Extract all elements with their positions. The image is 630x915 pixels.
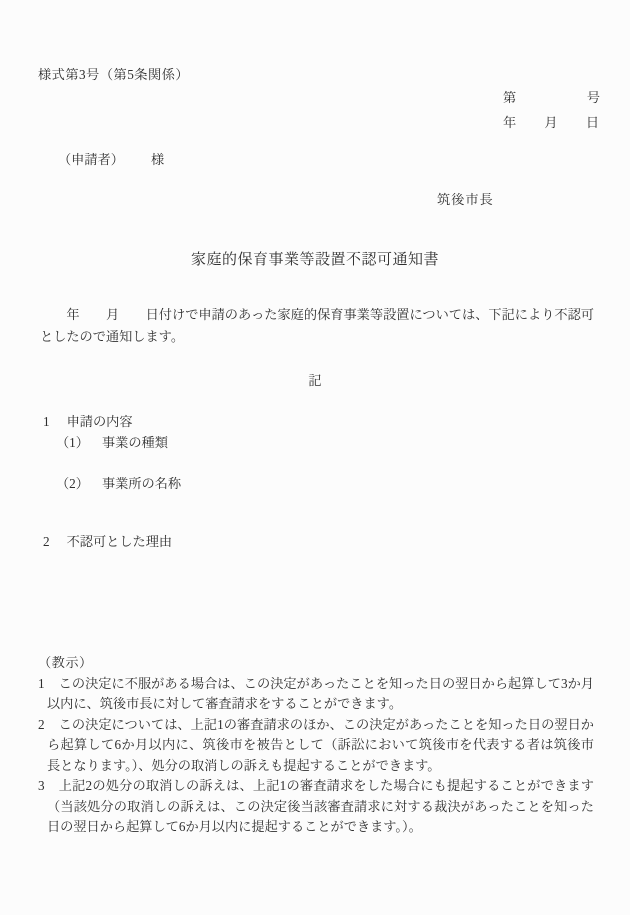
section-2-heading: 2 不認可とした理由 — [43, 532, 172, 552]
document-page: 様式第3号（第5条関係） 第 号 年 月 日 （申請者） 様 筑後市長 家庭的保… — [0, 0, 630, 915]
section-2-label: 不認可とした理由 — [67, 532, 173, 552]
note-1-text: この決定に不服がある場合は、この決定があったことを知った日の翌日から起算して3か… — [47, 676, 594, 712]
doc-number-suffix: 号 — [587, 88, 600, 108]
date-month-label: 月 — [544, 113, 557, 133]
subsection-1-heading: （1） 事業の種類 — [56, 433, 168, 453]
note-item-1: 1この決定に不服がある場合は、この決定があったことを知った日の翌日から起算して3… — [38, 674, 594, 715]
document-number-line: 第 号 — [503, 88, 600, 108]
honorific-label: 様 — [151, 150, 164, 170]
form-number: 様式第3号（第5条関係） — [38, 65, 189, 85]
note-2-text: この決定については、上記1の審査請求のほか、この決定があったことを知った日の翌日… — [47, 717, 594, 773]
notes-heading: （教示） — [38, 653, 594, 674]
note-3-number: 3 — [38, 778, 45, 793]
note-2-number: 2 — [38, 717, 45, 732]
note-1-number: 1 — [38, 676, 45, 691]
subsection-1-label: 事業の種類 — [102, 433, 168, 453]
body-paragraph: 年 月 日付けで申請のあった家庭的保育事業等設置については、下記により不認可とし… — [40, 304, 594, 347]
notes-section: （教示） 1この決定に不服がある場合は、この決定があったことを知った日の翌日から… — [38, 653, 594, 838]
subsection-1-number: （1） — [56, 433, 89, 453]
date-line: 年 月 日 — [503, 113, 599, 133]
doc-number-prefix: 第 — [503, 88, 516, 108]
subsection-2-number: （2） — [56, 474, 89, 494]
section-1-number: 1 — [43, 412, 50, 432]
date-year-label: 年 — [503, 113, 516, 133]
note-3-text: 上記2の処分の取消しの訴えは、上記1の審査請求をした場合にも提起することができま… — [47, 778, 594, 834]
note-item-2: 2この決定については、上記1の審査請求のほか、この決定があったことを知った日の翌… — [38, 715, 594, 777]
addressee-line: （申請者） 様 — [58, 150, 164, 170]
note-item-3: 3上記2の処分の取消しの訴えは、上記1の審査請求をした場合にも提起することができ… — [38, 776, 594, 838]
document-title: 家庭的保育事業等設置不認可通知書 — [0, 249, 630, 272]
sender-name: 筑後市長 — [437, 190, 494, 210]
section-2-number: 2 — [43, 532, 50, 552]
section-1-label: 申請の内容 — [67, 412, 133, 432]
ki-heading: 記 — [0, 371, 630, 391]
subsection-2-label: 事業所の名称 — [102, 474, 181, 494]
date-day-label: 日 — [586, 113, 599, 133]
applicant-label: （申請者） — [58, 150, 124, 170]
subsection-2-heading: （2） 事業所の名称 — [56, 474, 181, 494]
section-1-heading: 1 申請の内容 — [43, 412, 133, 432]
